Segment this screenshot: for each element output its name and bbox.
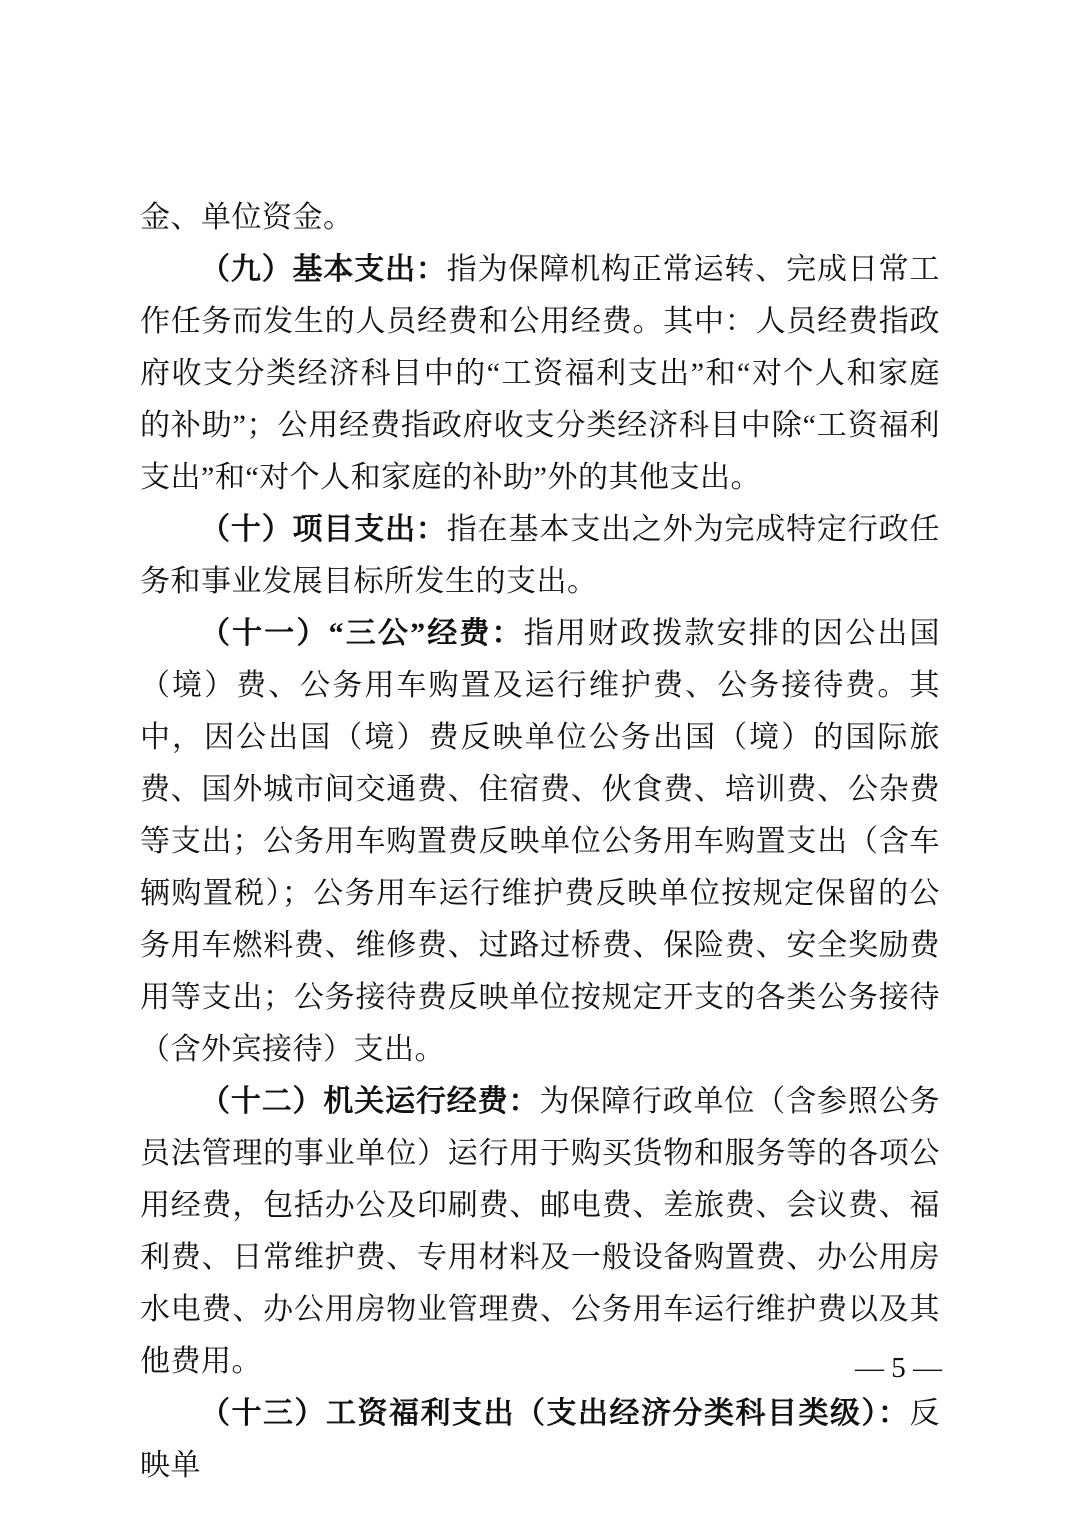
paragraph: （九）基本支出：指为保障机构正常运转、完成日常工作任务而发生的人员经费和公用经费… — [140, 244, 940, 504]
paragraph-lead: （十）项目支出： — [200, 513, 447, 546]
paragraph-lead: （十二）机关运行经费： — [200, 1085, 539, 1118]
paragraph: （十二）机关运行经费：为保障行政单位（含参照公务员法管理的事业单位）运行用于购买… — [140, 1076, 940, 1388]
paragraph-lead: （十一）“三公”经费： — [200, 617, 524, 650]
document-body: 金、单位资金。（九）基本支出：指为保障机构正常运转、完成日常工作任务而发生的人员… — [140, 192, 940, 1492]
paragraph: 金、单位资金。 — [140, 192, 940, 244]
paragraph: （十一）“三公”经费：指用财政拨款安排的因公出国（境）费、公务用车购置及运行维护… — [140, 608, 940, 1076]
page-number: — 5 — — [855, 1350, 942, 1386]
paragraph: （十）项目支出：指在基本支出之外为完成特定行政任务和事业发展目标所发生的支出。 — [140, 504, 940, 608]
paragraph-text: 指用财政拨款安排的因公出国（境）费、公务用车购置及运行维护费、公务接待费。其中，… — [140, 617, 940, 1066]
paragraph-lead: （十三）工资福利支出（支出经济分类科目类级）： — [200, 1397, 910, 1430]
document-page: 金、单位资金。（九）基本支出：指为保障机构正常运转、完成日常工作任务而发生的人员… — [0, 0, 1074, 1520]
paragraph: （十三）工资福利支出（支出经济分类科目类级）：反映单 — [140, 1388, 940, 1492]
paragraph-lead: （九）基本支出： — [200, 253, 447, 286]
paragraph-text: 为保障行政单位（含参照公务员法管理的事业单位）运行用于购买货物和服务等的各项公用… — [140, 1085, 940, 1378]
paragraph-text: 金、单位资金。 — [140, 201, 354, 234]
paragraph-text: 指为保障机构正常运转、完成日常工作任务而发生的人员经费和公用经费。其中：人员经费… — [140, 253, 940, 494]
